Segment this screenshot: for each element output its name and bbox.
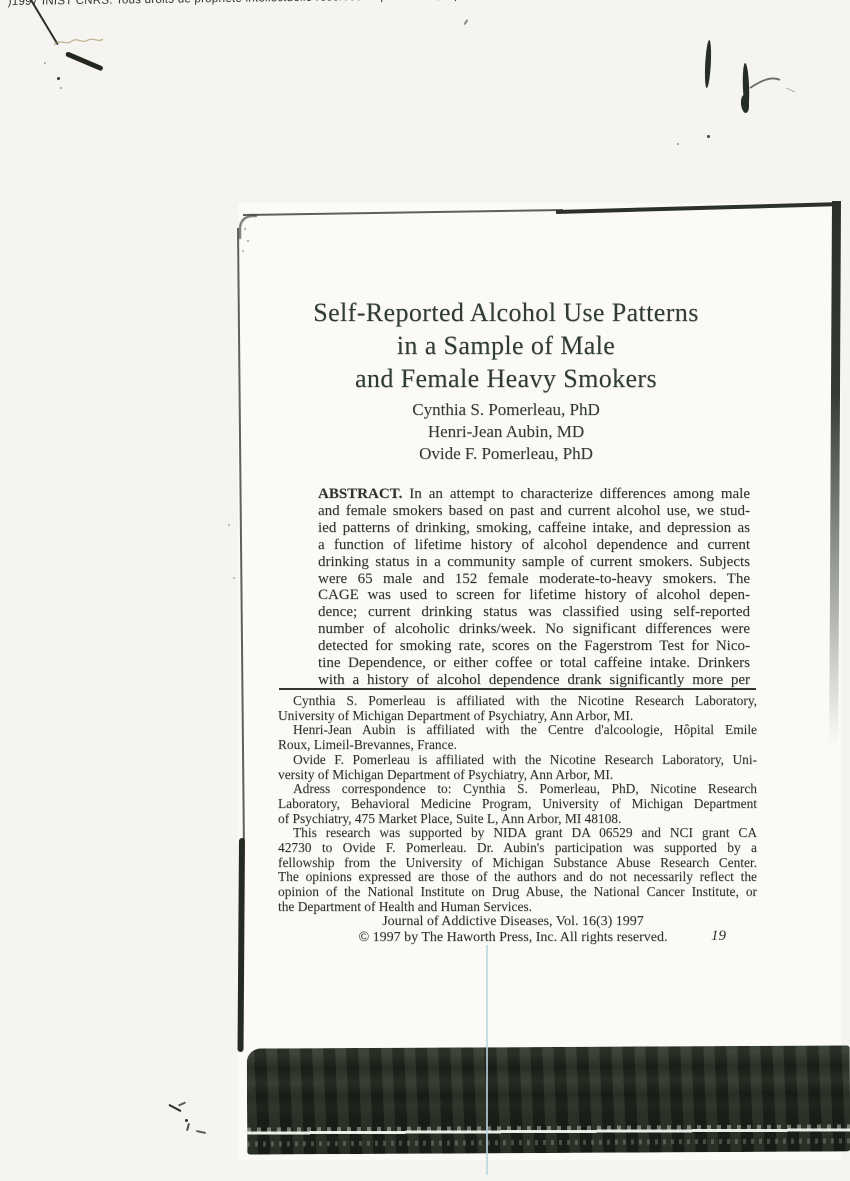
handwriting-squiggle [52, 33, 106, 53]
photocopy-dark-band [247, 1045, 850, 1154]
scan-speck [463, 19, 468, 25]
abstract-line: a function of lifetime history of alcoho… [318, 537, 750, 554]
page-number: 19 [711, 928, 726, 945]
scan-speck [60, 87, 62, 89]
scan-speck [44, 62, 46, 64]
footnote-line: versity of Michigan Department of Psychi… [278, 768, 757, 783]
abstract-line: ied patterns of drinking, smoking, caffe… [318, 520, 750, 537]
author-2: Henri-Jean Aubin, MD [276, 421, 736, 443]
scanner-streak [486, 945, 488, 1175]
footnote-line: fellowship from the University of Michig… [278, 856, 757, 871]
title-line-3: and Female Heavy Smokers [276, 362, 736, 395]
footnote-line: Adress correspondence to: Cynthia S. Pom… [278, 782, 757, 797]
pen-dash-mark [196, 1130, 206, 1134]
scan-speck [410, 376, 412, 378]
pen-tick-mark [178, 1101, 186, 1106]
page-corner-curl [239, 215, 257, 239]
footnote-block: Cynthia S. Pomerleau is affiliated with … [278, 694, 757, 915]
abstract-line-text: In an attempt to characterize difference… [409, 486, 750, 502]
footnote-line: University of Michigan Department of Psy… [278, 709, 757, 724]
footnote-line: The opinions expressed are those of the … [278, 870, 757, 885]
footnote-line: Roux, Limeil-Brevannes, France. [278, 738, 757, 753]
author-list: Cynthia S. Pomerleau, PhD Henri-Jean Aub… [276, 399, 736, 465]
pen-dot-mark [185, 1119, 188, 1122]
abstract-line: number of alcoholic drinks/week. No sign… [318, 621, 750, 638]
abstract-line: tine Dependence, or either coffee or tot… [318, 655, 750, 672]
scan-speck [57, 77, 60, 80]
pen-dot-tail [186, 1123, 190, 1131]
footnote-line: Ovide F. Pomerleau is affiliated with th… [278, 753, 757, 768]
scan-speck [677, 143, 679, 145]
author-3: Ovide F. Pomerleau, PhD [276, 443, 736, 465]
abstract-line: detected for smoking rate, scores on the… [318, 638, 750, 655]
abstract-label: ABSTRACT. [318, 486, 402, 502]
scan-speck [228, 524, 230, 526]
ink-strokes [688, 36, 806, 120]
abstract-line: were 65 male and 152 female moderate-to-… [318, 571, 750, 588]
scan-speck [247, 240, 249, 242]
footnote-rule [279, 688, 756, 690]
scan-speck [244, 228, 246, 230]
abstract-line: CAGE was used to screen for lifetime his… [318, 587, 750, 604]
pen-stroke-thick [65, 51, 104, 71]
title-line-1: Self-Reported Alcohol Use Patterns [276, 296, 736, 329]
footnote-line: This research was supported by NIDA gran… [278, 826, 757, 841]
journal-line-1: Journal of Addictive Diseases, Vol. 16(3… [278, 914, 748, 930]
footnote-line: Laboratory, Behavioral Medicine Program,… [278, 797, 757, 812]
abstract-line: ABSTRACT. In an attempt to characterize … [318, 486, 750, 503]
scan-speck [233, 577, 235, 579]
footnote-line: 42730 to Ovide F. Pomerleau. Dr. Aubin's… [278, 841, 757, 856]
abstract-block: ABSTRACT. In an attempt to characterize … [318, 486, 750, 689]
abstract-line: with a history of alcohol dependence dra… [318, 672, 750, 689]
scan-speck [242, 250, 244, 252]
abstract-line: and female smokers based on past and cur… [318, 503, 750, 520]
footnote-line: opinion of the National Institute on Dru… [278, 885, 757, 900]
abstract-line: drinking status in a community sample of… [318, 554, 750, 571]
journal-citation: Journal of Addictive Diseases, Vol. 16(3… [278, 914, 748, 946]
article-title: Self-Reported Alcohol Use Patterns in a … [276, 296, 736, 395]
footnote-line: of Psychiatry, 475 Market Place, Suite L… [278, 812, 757, 827]
title-line-2: in a Sample of Male [276, 329, 736, 362]
footnote-line: Cynthia S. Pomerleau is affiliated with … [278, 694, 757, 709]
abstract-line: dence; current drinking status was class… [318, 604, 750, 621]
author-1: Cynthia S. Pomerleau, PhD [276, 399, 736, 421]
footnote-line: the Department of Health and Human Servi… [278, 900, 757, 915]
scan-speck [707, 135, 710, 138]
journal-line-2: © 1997 by The Haworth Press, Inc. All ri… [278, 930, 748, 946]
inist-copyright-line: )1997 INIST CNRS. Tous droits de proprié… [8, 0, 828, 8]
footnote-line: Henri-Jean Aubin is affiliated with the … [278, 723, 757, 738]
